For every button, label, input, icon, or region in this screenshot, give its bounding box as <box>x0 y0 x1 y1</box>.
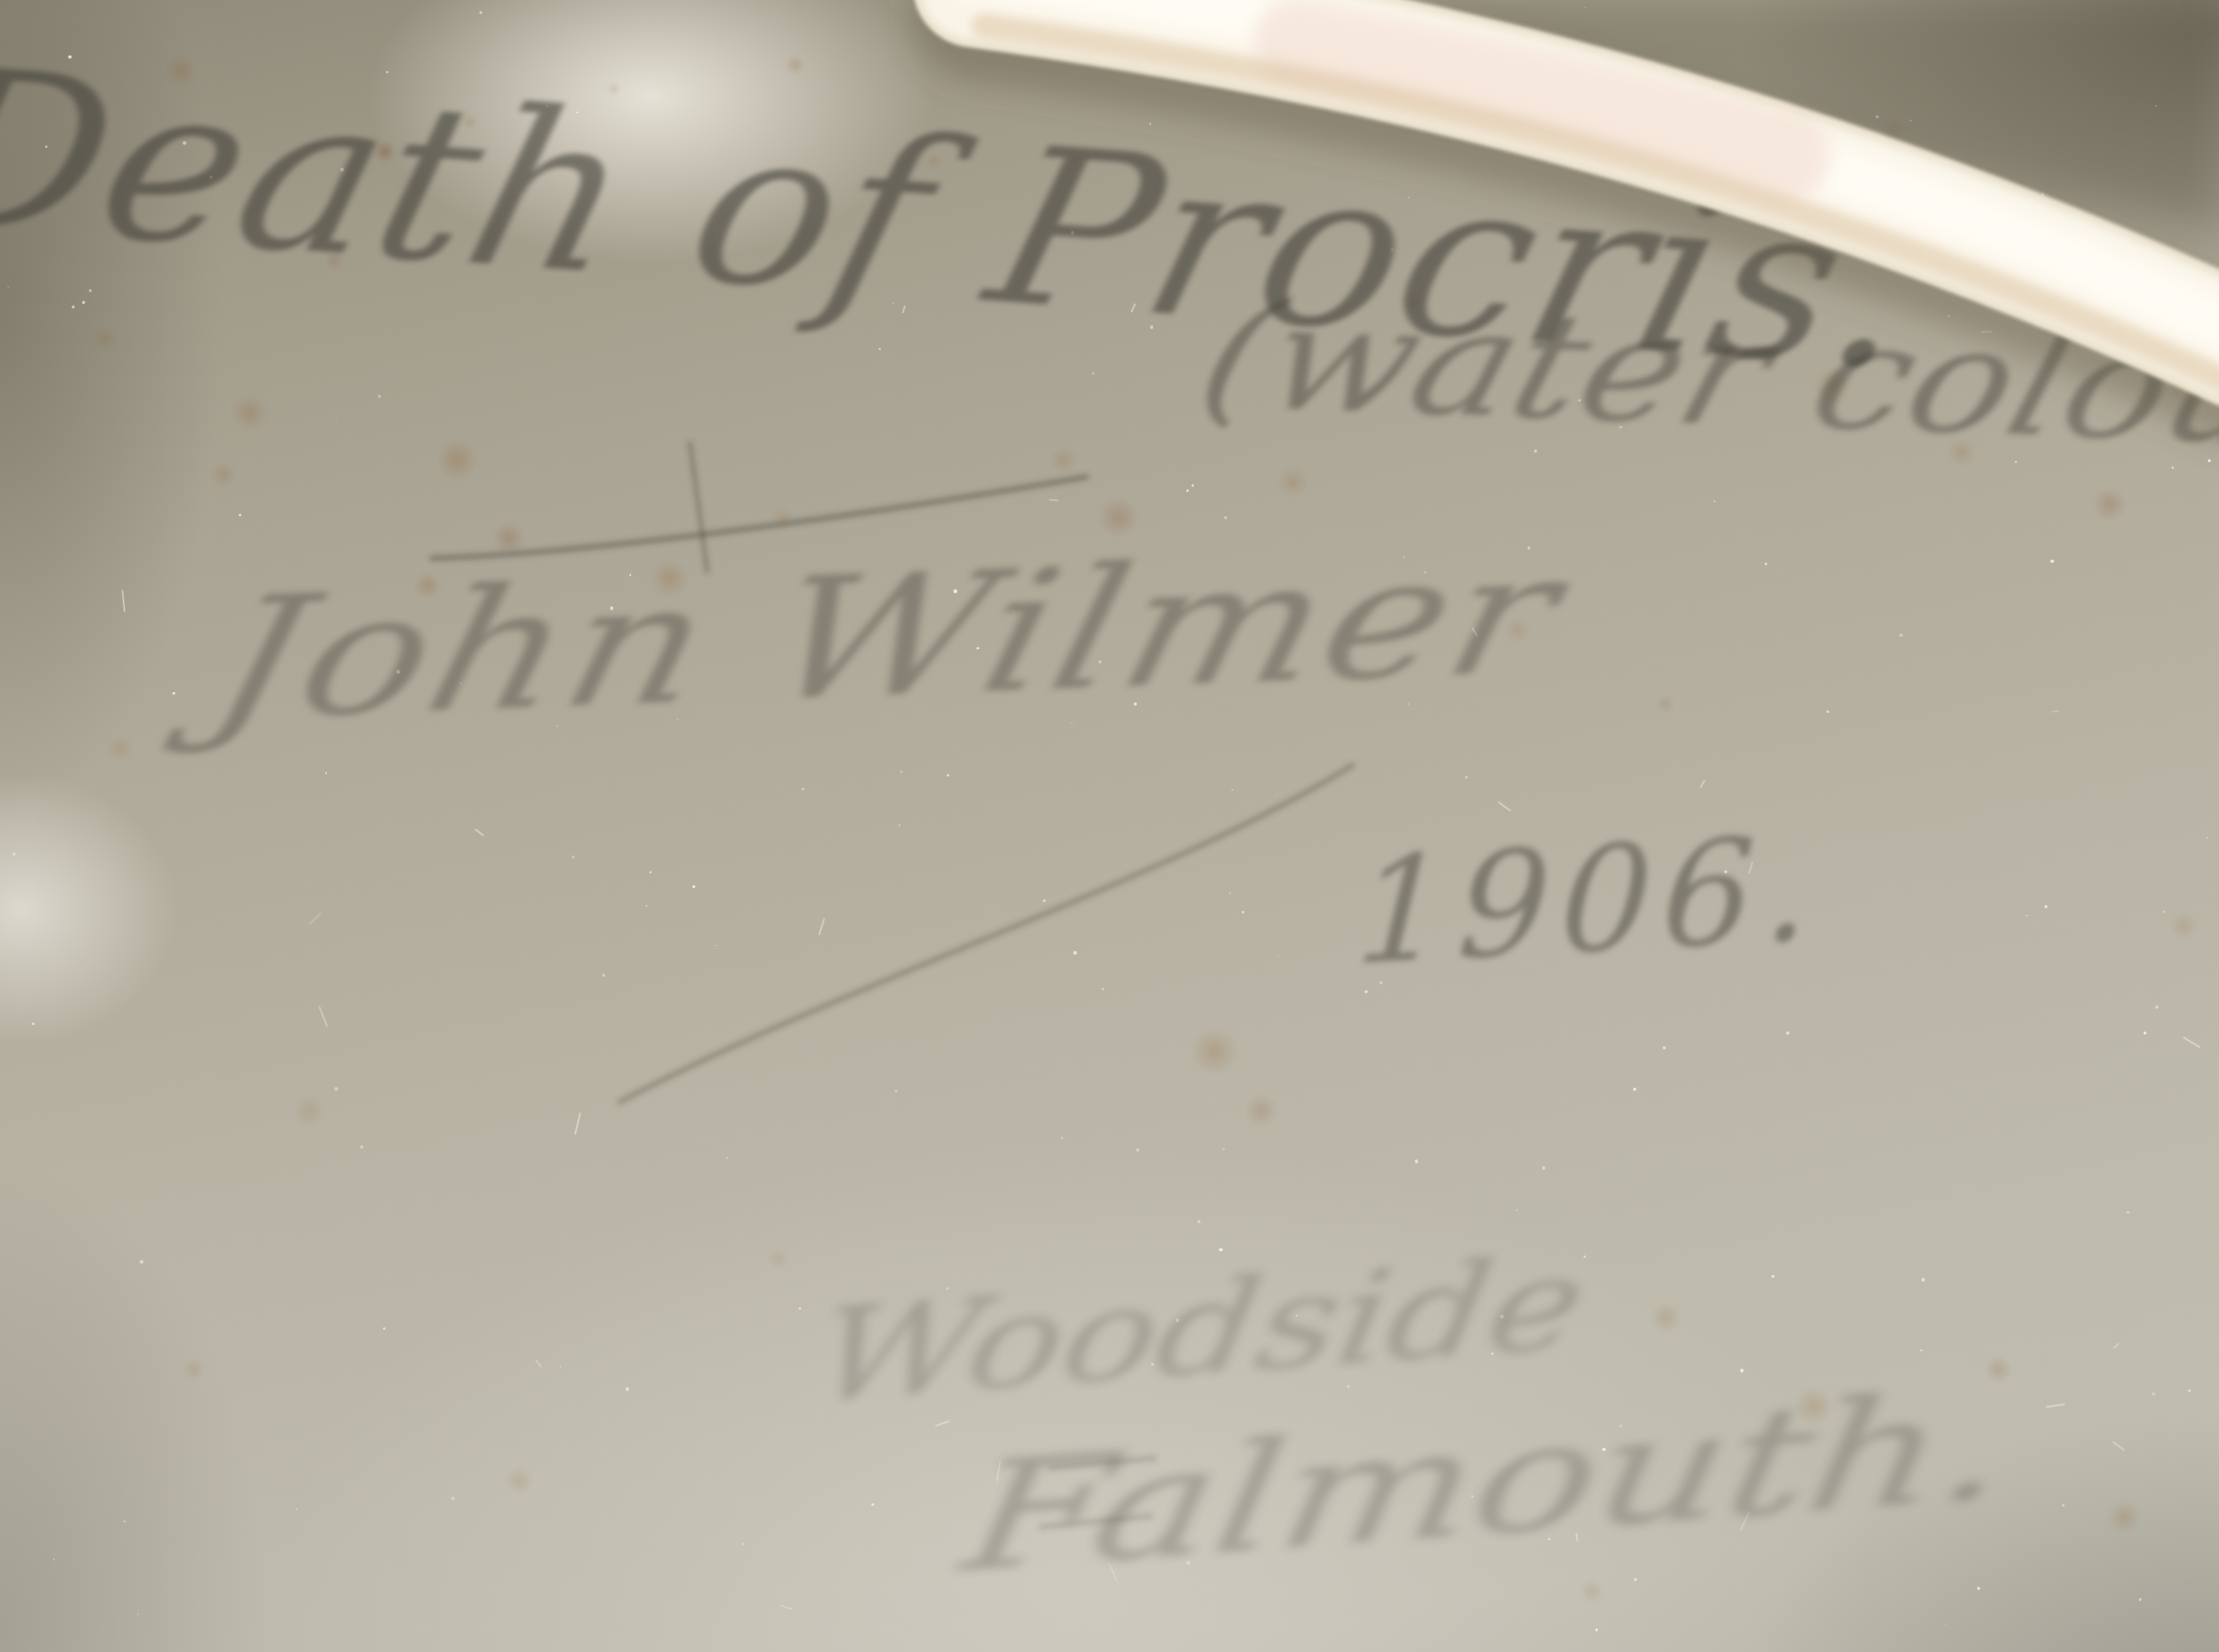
hanging-cord-graphics <box>0 0 2219 1652</box>
photo-of-painting-back: Death of Procris. (water colour John Wil… <box>0 0 2219 1652</box>
